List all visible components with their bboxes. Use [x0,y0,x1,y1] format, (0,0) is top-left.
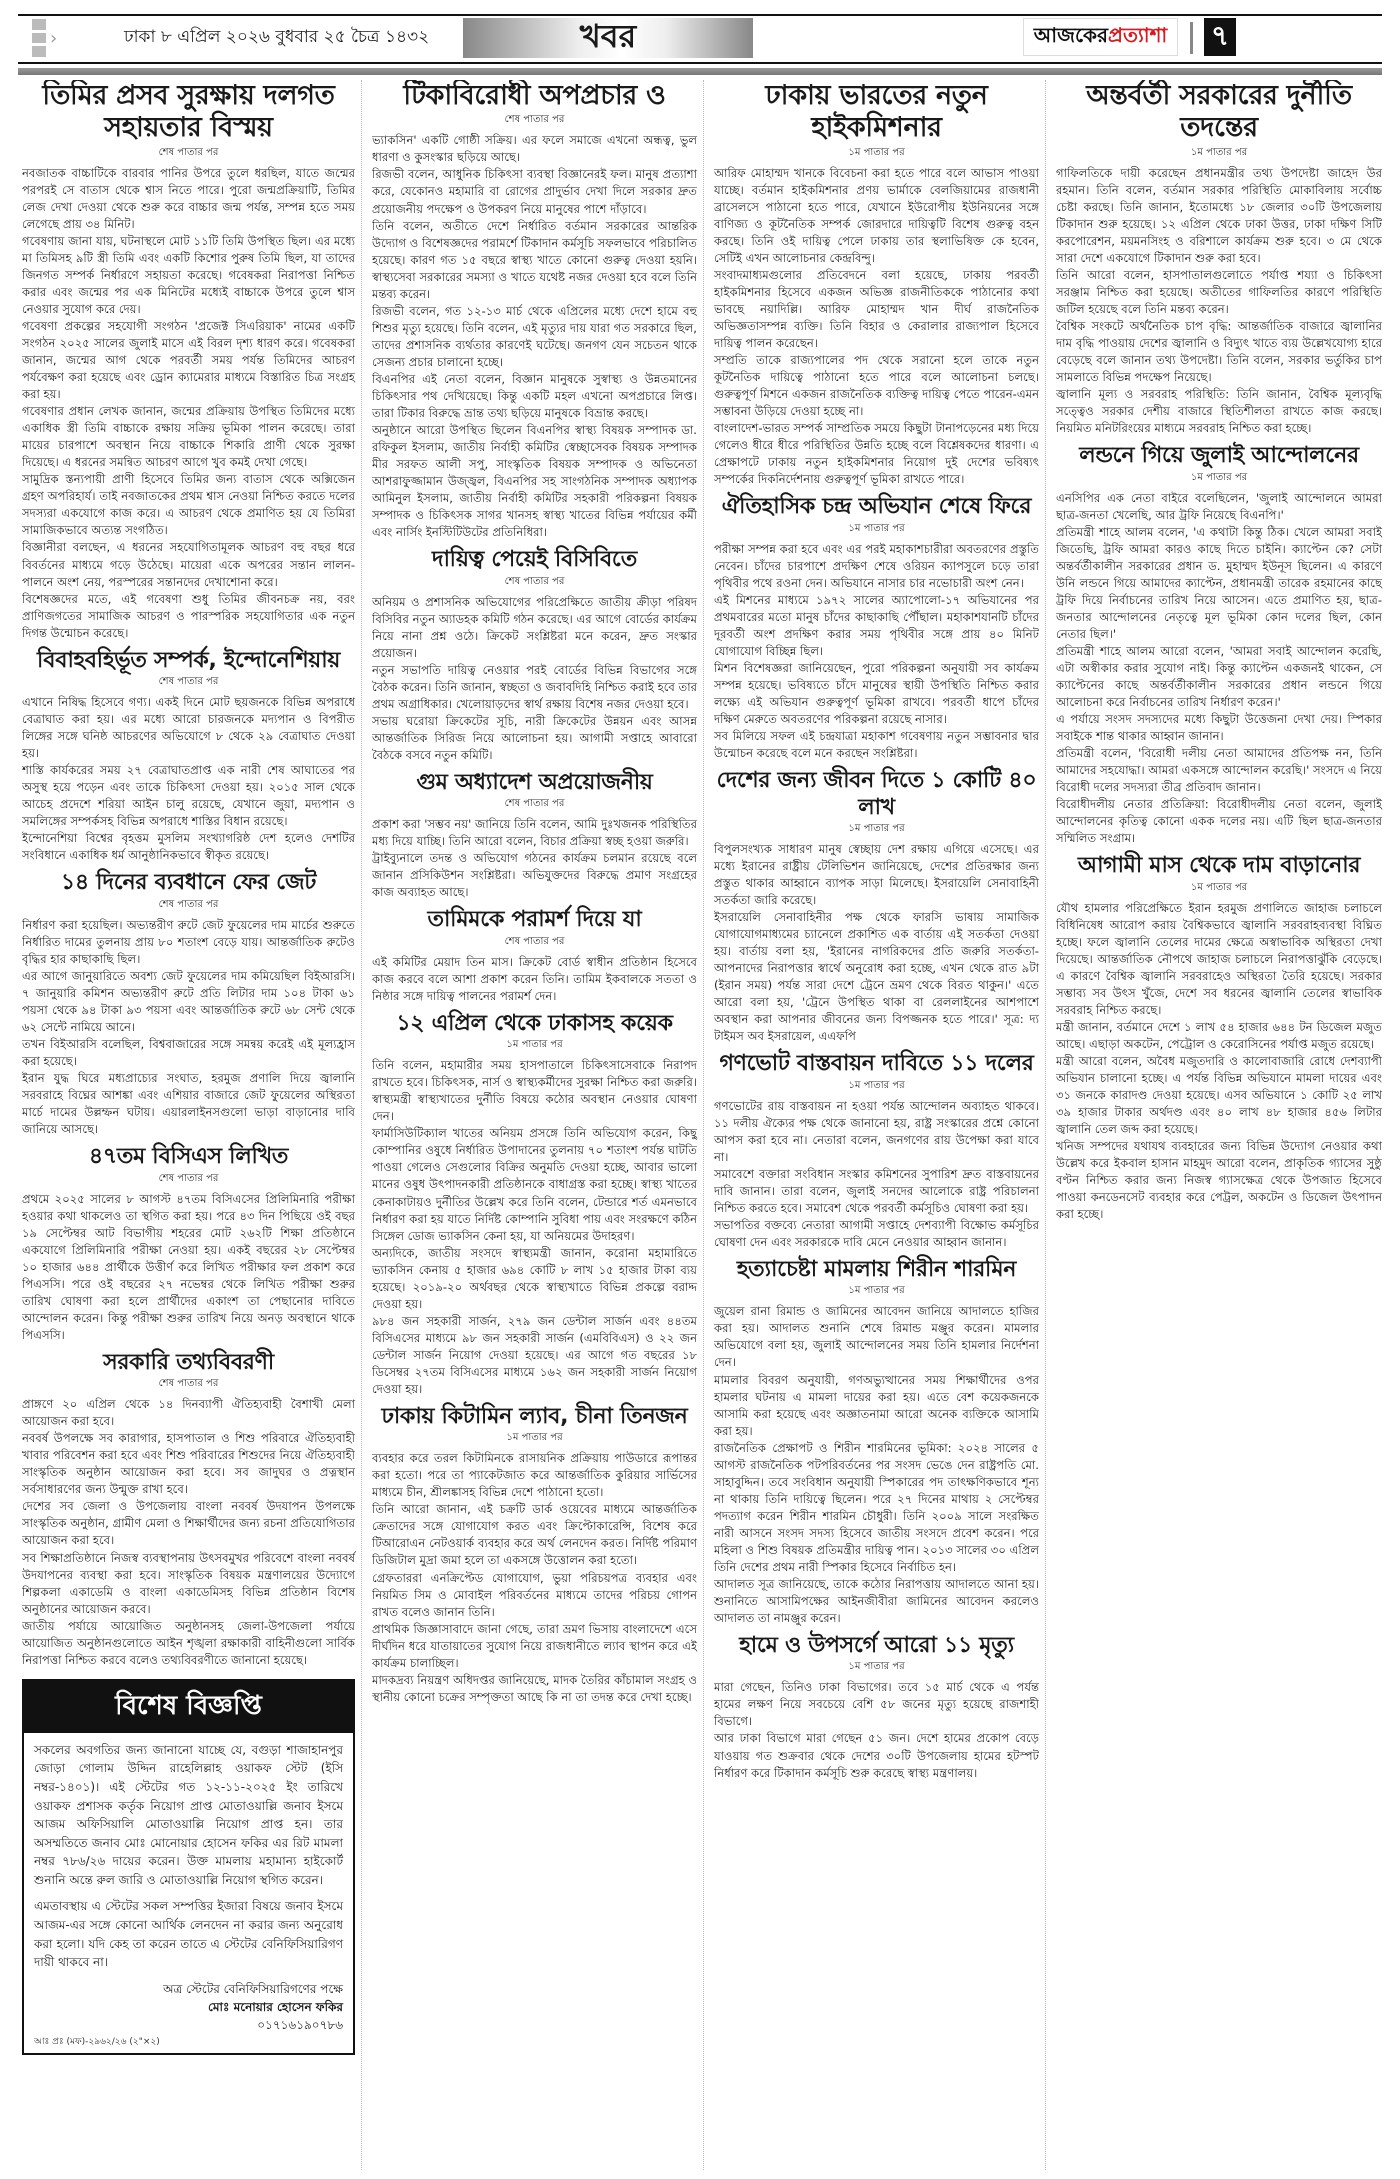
continuation-note: শেষ পাতার পর [372,574,697,591]
article-body: প্রাঙ্গণে ২০ এপ্রিল থেকে ১৪ দিনব্যাপী ঐত… [22,1396,355,1669]
continuation-note: ১ম পাতার পর [372,1037,697,1054]
column-3: ঢাকায় ভারতের নতুন হাইকমিশনার ১ম পাতার প… [714,80,1046,2170]
signature-sign-phone: ০১৭১৬১৯০৭৮৬ [34,2016,343,2034]
logo-text-part2: প্রত্যাশা [1108,21,1167,54]
issue-date: ঢাকা ৮ এপ্রিল ২০২৬ বুধবার ২৫ চৈত্র ১৪৩২ [124,24,494,52]
continuation-note: শেষ পাতার পর [22,1376,355,1393]
article-paragraph: আদালত সূত্র জানিয়েছে, তাকে কঠোর নিরাপত্… [714,1576,1039,1627]
article-paragraph: ৯৮৪ জন সহকারী সার্জন, ২৭৯ জন ডেন্টাল সার… [372,1313,697,1398]
article-paragraph: সভায় ঘরোয়া ক্রিকেটের সূচি, নারী ক্রিকে… [372,713,697,764]
section-title: খবর [463,18,753,58]
article-paragraph: সামুদ্রিক স্তন্যপায়ী প্রাণী হিসেবে তিমি… [22,471,355,539]
notice-title: বিশেষ বিজ্ঞপ্তি [24,1681,353,1733]
article-body: এনসিপির এক নেতা বাইরে বলেছিলেন, 'জুলাই আ… [1056,490,1382,848]
article-body: নবজাতক বাচ্চাটিকে বারবার পানির উপরে তুলে… [22,165,355,642]
top-rule [18,14,1382,16]
article-headline[interactable]: হামে ও উপসর্গে আরো ১১ মৃত্যু [714,1633,1039,1659]
article-paragraph: নির্ধারণ করা হয়েছিল। অভ্যন্তরীণ রুটে জে… [22,917,355,968]
special-notice-box: বিশেষ বিজ্ঞপ্তিসকলের অবগতির জন্য জানানো … [22,1679,355,2055]
article-paragraph: নবজাতক বাচ্চাটিকে বারবার পানির উপরে তুলে… [22,165,355,233]
article-paragraph: তিনি আরো বলেন, হাসপাতালগুলোতে পর্যাপ্ত শ… [1056,267,1382,318]
article-paragraph: ফার্মাসিউটিক্যাল খাতের অনিয়ম প্রসঙ্গে ত… [372,1125,697,1244]
signature-sign-name: মোঃ মনোয়ার হোসেন ফকির [34,1998,343,2016]
article: ঢাকায় কিটামিন ল্যাব, চীনা তিনজন ১ম পাতা… [372,1404,697,1706]
article-headline[interactable]: দেশের জন্য জীবন দিতে ১ কোটি ৪০ লাখ [714,768,1039,821]
article: ঐতিহাসিক চন্দ্র অভিযান শেষে ফিরে ১ম পাতা… [714,494,1039,762]
article-paragraph: রিজভী বলেন, গত ১২-১৩ মার্চ থেকে এপ্রিলের… [372,303,697,371]
article-headline[interactable]: বিবাহবহির্ভূত সম্পর্ক, ইন্দোনেশিয়ায় [22,648,355,674]
article-paragraph: গ্রেফতাররা এনক্রিপ্টেড যোগাযোগ, ভুয়া পর… [372,1570,697,1621]
column-1: তিমির প্রসব সুরক্ষায় দলগত সহায়তার বিস্… [22,80,362,2170]
article: ৪৭তম বিসিএস লিখিত শেষ পাতার পর প্রথমে ২০… [22,1144,355,1344]
article-paragraph: নববর্ষ উপলক্ষে সব কারাগার, হাসপাতাল ও শি… [22,1430,355,1498]
continuation-note: শেষ পাতার পর [22,674,355,691]
continuation-note: ১ম পাতার পর [714,521,1039,538]
article-body: এই কমিটির মেয়াদ তিন মাস। ক্রিকেট বোর্ড … [372,954,697,1005]
article-paragraph: সব মিলিয়ে সফল এই চন্দ্রযাত্রা মহাকাশ গব… [714,728,1039,762]
article-headline[interactable]: হত্যাচেষ্টা মামলায় শিরীন শারমিন [714,1257,1039,1283]
article-body: ভ্যাকসিন' একটি গোষ্ঠী সক্রিয়। এর ফলে সম… [372,132,697,541]
article-paragraph: প্রকাশ করা 'সম্ভব নয়' জানিয়ে তিনি বলেন… [372,816,697,850]
article-headline[interactable]: সরকারি তথ্যবিবরণী [22,1350,355,1376]
article-paragraph: জাতীয় পর্যায়ে আয়োজিত অনুষ্ঠানসহ জেলা-… [22,1618,355,1669]
article: দেশের জন্য জীবন দিতে ১ কোটি ৪০ লাখ ১ম পা… [714,768,1039,1045]
article: গণভোট বাস্তবায়ন দাবিতে ১১ দলের ১ম পাতার… [714,1051,1039,1251]
columns: তিমির প্রসব সুরক্ষায় দলগত সহায়তার বিস্… [22,80,1382,2170]
article-headline[interactable]: গুম অধ্যাদেশ অপ্রয়োজনীয় [372,770,697,796]
article-paragraph: এখানে নিষিদ্ধ হিসেবে গণ্য। একই দিনে মোট … [22,694,355,762]
article: ১২ এপ্রিল থেকে ঢাকাসহ কয়েক ১ম পাতার পর … [372,1011,697,1398]
article: অন্তর্বর্তী সরকারের দুর্নীতি তদন্তের ১ম … [1056,80,1382,437]
continuation-note: ১ম পাতার পর [714,821,1039,838]
article-headline[interactable]: ১২ এপ্রিল থেকে ঢাকাসহ কয়েক [372,1011,697,1037]
continuation-note: শেষ পাতার পর [22,145,355,162]
header-bars-decoration [32,19,46,57]
column-4: অন্তর্বর্তী সরকারের দুর্নীতি তদন্তের ১ম … [1056,80,1388,2170]
article-paragraph: মিশন বিশেষজ্ঞরা জানিয়েছেন, পুরো পরিকল্প… [714,660,1039,728]
signature-sign-line: অত্র স্টেটের বেনিফিসিয়ারিগণের পক্ষে [34,1980,343,1998]
continuation-note: শেষ পাতার পর [372,796,697,813]
article-headline[interactable]: তামিমকে পরামর্শ দিয়ে যা [372,907,697,933]
article-body: প্রথমে ২০২৫ সালের ৮ আগস্ট ৪৭তম বিসিএসের … [22,1191,355,1344]
continuation-note: ১ম পাতার পর [714,145,1039,162]
article-paragraph: আর ঢাকা বিভাগে মারা গেছেন ৫১ জন। দেশে হা… [714,1730,1039,1781]
article: হত্যাচেষ্টা মামলায় শিরীন শারমিন ১ম পাতা… [714,1257,1039,1627]
article-paragraph: সম্প্রতি তাকে রাজ্যপালের পদ থেকে সরানো হ… [714,352,1039,420]
article-paragraph: ইরান যুদ্ধ ঘিরে মধ্যপ্রাচ্যের সংঘাত, হরম… [22,1070,355,1138]
article-paragraph: গণভোটের রায় বাস্তবায়ন না হওয়া পর্যন্ত… [714,1098,1039,1166]
article-paragraph: ব্যবহার করে তরল কিটামিনকে রাসায়নিক প্রক… [372,1450,697,1501]
article-paragraph: জ্বালানি মূল্য ও সরবরাহ পরিস্থিতি: তিনি … [1056,386,1382,437]
ad-reference-code: আঃ প্রঃ (মফ)-২৯৬২/২৬ (২"×২) [34,2034,343,2049]
article-paragraph: বিএনপির এই নেতা বলেন, বিজ্ঞান মানুষকে সু… [372,371,697,422]
page-number: ৭ [1204,18,1236,56]
continuation-note: শেষ পাতার পর [22,1171,355,1188]
article-paragraph: বিশেষজ্ঞদের মতে, এই গবেষণা শুধু তিমির জী… [22,591,355,642]
article-paragraph: মামলার বিবরণ অনুযায়ী, গণঅভ্যুত্থানের সম… [714,1372,1039,1440]
article-body: এখানে নিষিদ্ধ হিসেবে গণ্য। একই দিনে মোট … [22,694,355,864]
article-body: বিপুলসংখ্যক সাধারণ মানুষ স্বেচ্ছায় দেশ … [714,841,1039,1045]
column-2: টিকাবিরোধী অপপ্রচার ও শেষ পাতার পর ভ্যাক… [372,80,704,2170]
notice-paragraph: এমতাবস্থায় এ স্টেটের সকল সম্পত্তির ইজার… [34,1897,343,1971]
article-paragraph: ট্রাইব্যুনালে তদন্ত ও অভিযোগ গঠনের কার্য… [372,850,697,901]
article-paragraph: রাজনৈতিক প্রেক্ষাপট ও শিরীন শারমিনের ভূম… [714,1440,1039,1576]
article-paragraph: গাফিলতিকে দায়ী করেছেন প্রধানমন্ত্রীর তথ… [1056,165,1382,267]
article-paragraph: অনিয়ম ও প্রশাসনিক অভিযোগের পরিপ্রেক্ষিত… [372,594,697,662]
article: ১৪ দিনের ব্যবধানে ফের জেট শেষ পাতার পর ন… [22,870,355,1138]
article-paragraph: গবেষণায় জানা যায়, ঘটনাস্থলে মোট ১১টি ত… [22,233,355,318]
article-paragraph: প্রাথমিক জিজ্ঞাসাবাদে জানা গেছে, তারা ভ্… [372,1621,697,1672]
header-rule [18,62,1382,64]
article-paragraph: অন্যদিকে, জাতীয় সংসদে স্বাস্থ্যমন্ত্রী … [372,1245,697,1313]
article-body: পরীক্ষা সম্পন্ন করা হবে এবং এর পরই মহাকা… [714,541,1039,762]
article-paragraph: পরীক্ষা সম্পন্ন করা হবে এবং এর পরই মহাকা… [714,541,1039,592]
continuation-note: ১ম পাতার পর [372,1430,697,1447]
article-body: তিনি বলেন, মহামারীর সময় হাসপাতালে চিকিৎ… [372,1057,697,1398]
notice-body: সকলের অবগতির জন্য জানানো যাচ্ছে যে, বগুড… [24,1733,353,2053]
article-paragraph: বাংলাদেশ-ভারত সম্পর্ক সাম্প্রতিক সময়ে ক… [714,420,1039,488]
article-paragraph: যৌথ হামলার পরিপ্রেক্ষিতে ইরান হরমুজ প্রণ… [1056,900,1382,1019]
article-body: নির্ধারণ করা হয়েছিল। অভ্যন্তরীণ রুটে জে… [22,917,355,1138]
article-paragraph: ভ্যাকসিন' একটি গোষ্ঠী সক্রিয়। এর ফলে সম… [372,132,697,166]
article: ঢাকায় ভারতের নতুন হাইকমিশনার ১ম পাতার প… [714,80,1039,488]
continuation-note: ১ম পাতার পর [714,1659,1039,1676]
article-body: অনিয়ম ও প্রশাসনিক অভিযোগের পরিপ্রেক্ষিত… [372,594,697,764]
article: লন্ডনে গিয়ে জুলাই আন্দোলনের ১ম পাতার পর… [1056,443,1382,847]
article-headline[interactable]: টিকাবিরোধী অপপ্রচার ও [372,80,697,112]
article-headline[interactable]: লন্ডনে গিয়ে জুলাই আন্দোলনের [1056,443,1382,469]
article-body: জুয়েল রানা রিমান্ড ও জামিনের আবেদন জানি… [714,1303,1039,1627]
article: গুম অধ্যাদেশ অপ্রয়োজনীয় শেষ পাতার পর প… [372,770,697,902]
notice-paragraph: সকলের অবগতির জন্য জানানো যাচ্ছে যে, বগুড… [34,1741,343,1890]
article-paragraph: শাস্তি কার্যকরের সময় ২৭ বেত্রাঘাতপ্রাপ্… [22,762,355,830]
article: হামে ও উপসর্গে আরো ১১ মৃত্যু ১ম পাতার পর… [714,1633,1039,1782]
continuation-note: শেষ পাতার পর [372,112,697,129]
article-headline[interactable]: ঢাকায় ভারতের নতুন হাইকমিশনার [714,80,1039,145]
article-paragraph: গবেষণার প্রধান লেখক জানান, জন্মের প্রক্র… [22,403,355,471]
article-body: প্রকাশ করা 'সম্ভব নয়' জানিয়ে তিনি বলেন… [372,816,697,901]
article-paragraph: ইসরায়েলি সেনাবাহিনীর পক্ষ থেকে ফারসি ভা… [714,909,1039,1045]
article-paragraph: জুয়েল রানা রিমান্ড ও জামিনের আবেদন জানি… [714,1303,1039,1371]
article-paragraph: তিনি বলেন, অতীতে দেশে নির্ধারিত বর্তমান … [372,218,697,303]
article-paragraph: সভাপতির বক্তব্যে নেতারা আগামী সপ্তাহে দে… [714,1217,1039,1251]
article-paragraph: সব শিক্ষাপ্রতিষ্ঠানে নিজস্ব ব্যবস্থাপনায… [22,1550,355,1618]
article: আগামী মাস থেকে দাম বাড়ানোর ১ম পাতার পর … [1056,853,1382,1223]
article-paragraph: এনসিপির এক নেতা বাইরে বলেছিলেন, 'জুলাই আ… [1056,490,1382,524]
article-paragraph: এ পর্যায়ে সংসদ সদস্যদের মধ্যে কিছুটা উত… [1056,711,1382,745]
article-paragraph: মাদকদ্রব্য নিয়ন্ত্রণ অধিদপ্তর জানিয়েছে… [372,1672,697,1706]
article-paragraph: তিনি আরো জানান, এই চক্রটি ডার্ক ওয়েবের … [372,1501,697,1569]
article-paragraph: রিজভী বলেন, আধুনিক চিকিৎসা ব্যবস্থা বিজ্… [372,166,697,217]
article-headline[interactable]: অন্তর্বর্তী সরকারের দুর্নীতি তদন্তের [1056,80,1382,145]
article-paragraph: মন্ত্রী জানান, বর্তমানে দেশে ১ লাখ ৫৪ হা… [1056,1019,1382,1053]
logo-text-part1: আজকের [1034,21,1108,54]
article-paragraph: অনুষ্ঠানে আরো উপস্থিত ছিলেন বিএনপির স্বা… [372,422,697,541]
article-paragraph: বিরোধীদলীয় নেতার প্রতিক্রিয়া: বিরোধীদল… [1056,796,1382,847]
article-paragraph: গবেষণা প্রকল্পের সহযোগী সংগঠন 'প্রজেক্ট … [22,318,355,403]
article-paragraph: মারা গেছেন, তিনিও ঢাকা বিভাগের। তবে ১৫ ম… [714,1679,1039,1730]
article-paragraph: বিপুলসংখ্যক সাধারণ মানুষ স্বেচ্ছায় দেশ … [714,841,1039,909]
continuation-note: ১ম পাতার পর [1056,470,1382,487]
article-headline[interactable]: ৪৭তম বিসিএস লিখিত [22,1144,355,1170]
article-paragraph: প্রতিমন্ত্রী শাহে আলম বলেন, 'এ কথাটা কিন… [1056,524,1382,643]
article-paragraph: প্রতিমন্ত্রী বলেন, 'বিরোধী দলীয় নেতা আম… [1056,745,1382,796]
article-headline[interactable]: গণভোট বাস্তবায়ন দাবিতে ১১ দলের [714,1051,1039,1077]
article: বিবাহবহির্ভূত সম্পর্ক, ইন্দোনেশিয়ায় শে… [22,648,355,865]
article-body: ব্যবহার করে তরল কিটামিনকে রাসায়নিক প্রক… [372,1450,697,1705]
article-paragraph: প্রাঙ্গণে ২০ এপ্রিল থেকে ১৪ দিনব্যাপী ঐত… [22,1396,355,1430]
article-headline[interactable]: ১৪ দিনের ব্যবধানে ফের জেট [22,870,355,896]
article-headline[interactable]: তিমির প্রসব সুরক্ষায় দলগত সহায়তার বিস্… [22,80,355,145]
article-body: গণভোটের রায় বাস্তবায়ন না হওয়া পর্যন্ত… [714,1098,1039,1251]
article-paragraph: নতুন সভাপতি দায়িত্ব নেওয়ার পরই বোর্ডের… [372,662,697,713]
article-paragraph: খনিজ সম্পদের যথাযথ ব্যবহারের জন্য বিভিন্… [1056,1138,1382,1223]
divider [1190,22,1193,54]
continuation-note: ১ম পাতার পর [714,1078,1039,1095]
article: সরকারি তথ্যবিবরণী শেষ পাতার পর প্রাঙ্গণে… [22,1350,355,1669]
article-paragraph: দেশের সব জেলা ও উপজেলায় বাংলা নববর্ষ উদ… [22,1498,355,1549]
continuation-note: শেষ পাতার পর [22,897,355,914]
page-header: › ঢাকা ৮ এপ্রিল ২০২৬ বুধবার ২৫ চৈত্র ১৪৩… [18,18,1382,58]
article-paragraph: সমাবেশে বক্তারা সংবিধান সংস্কার কমিশনের … [714,1166,1039,1217]
article-paragraph: এই কমিটির মেয়াদ তিন মাস। ক্রিকেট বোর্ড … [372,954,697,1005]
article-paragraph: আরিফ মোহাম্মদ খানকে বিবেচনা করা হতে পারে… [714,165,1039,267]
article-paragraph: মন্ত্রী আরো বলেন, অবৈধ মজুতদারি ও কালোবা… [1056,1053,1382,1138]
continuation-note: শেষ পাতার পর [372,934,697,951]
article-paragraph: তিনি বলেন, মহামারীর সময় হাসপাতালে চিকিৎ… [372,1057,697,1125]
article-headline[interactable]: ঢাকায় কিটামিন ল্যাব, চীনা তিনজন [372,1404,697,1430]
continuation-note: ১ম পাতার পর [714,1283,1039,1300]
article-body: মারা গেছেন, তিনিও ঢাকা বিভাগের। তবে ১৫ ম… [714,1679,1039,1781]
chevron-right-icon: › [50,28,64,49]
article-headline[interactable]: দায়িত্ব পেয়েই বিসিবিতে [372,547,697,573]
article-body: আরিফ মোহাম্মদ খানকে বিবেচনা করা হতে পারে… [714,165,1039,489]
article-paragraph: প্রথমে ২০২৫ সালের ৮ আগস্ট ৪৭তম বিসিএসের … [22,1191,355,1344]
newspaper-logo: আজকেরপ্রত্যাশা [1023,18,1178,56]
notice-signature: অত্র স্টেটের বেনিফিসিয়ারিগণের পক্ষেমোঃ … [34,1980,343,2034]
article-paragraph: তখন বিইআরসি বলেছিল, বিশ্ববাজারের সঙ্গে স… [22,1036,355,1070]
continuation-note: ১ম পাতার পর [1056,145,1382,162]
article-paragraph: এই মিশনের মাধ্যমে ১৯৭২ সালের অ্যাপোলো-১৭… [714,592,1039,660]
article-paragraph: সংবাদমাধ্যমগুলোর প্রতিবেদনে বলা হয়েছে, … [714,267,1039,352]
article: তিমির প্রসব সুরক্ষায় দলগত সহায়তার বিস্… [22,80,355,642]
article-paragraph: প্রতিমন্ত্রী শাহে আলম আরো বলেন, 'আমরা সব… [1056,643,1382,711]
header-band [18,68,1382,75]
article-headline[interactable]: ঐতিহাসিক চন্দ্র অভিযান শেষে ফিরে [714,494,1039,520]
article-body: যৌথ হামলার পরিপ্রেক্ষিতে ইরান হরমুজ প্রণ… [1056,900,1382,1224]
article-body: গাফিলতিকে দায়ী করেছেন প্রধানমন্ত্রীর তথ… [1056,165,1382,438]
article: দায়িত্ব পেয়েই বিসিবিতে শেষ পাতার পর অন… [372,547,697,764]
article-paragraph: এর আগে জানুয়ারিতে অবশ্য জেট ফুয়েলের দা… [22,968,355,1036]
article: তামিমকে পরামর্শ দিয়ে যা শেষ পাতার পর এই… [372,907,697,1004]
article-paragraph: বৈশ্বিক সংকটে অর্থনৈতিক চাপ বৃদ্ধি: আন্ত… [1056,318,1382,386]
article-paragraph: বিজ্ঞানীরা বলছেন, এ ধরনের সহযোগিতামূলক আ… [22,539,355,590]
article: টিকাবিরোধী অপপ্রচার ও শেষ পাতার পর ভ্যাক… [372,80,697,541]
continuation-note: ১ম পাতার পর [1056,880,1382,897]
article-paragraph: ইন্দোনেশিয়া বিশ্বের বৃহত্তম মুসলিম সংখ্… [22,830,355,864]
article-headline[interactable]: আগামী মাস থেকে দাম বাড়ানোর [1056,853,1382,879]
